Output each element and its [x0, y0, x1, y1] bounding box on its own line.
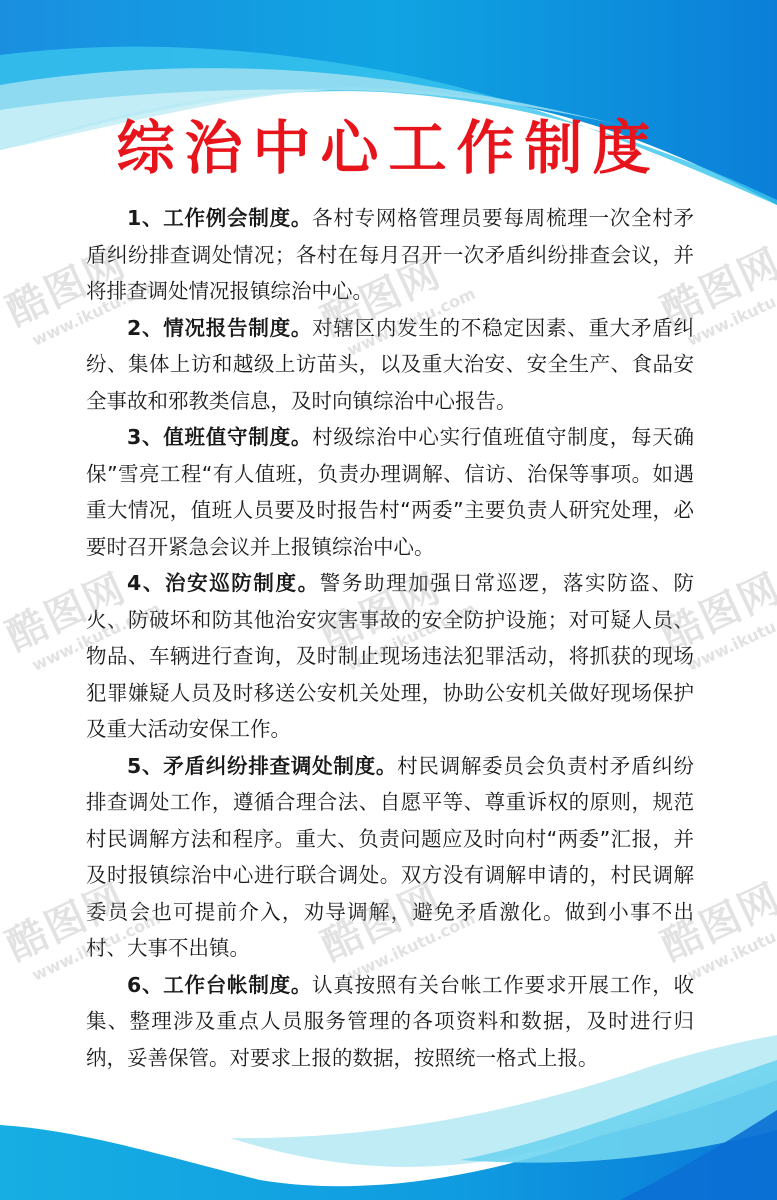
regulation-item-1: 1、工作例会制度。各村专网格管理员要每周梳理一次全村矛盾纠纷排查调处情况；各村在…: [86, 200, 694, 310]
regulation-item-3: 3、值班值守制度。村级综治中心实行值班值守制度，每天确保”雪亮工程“有人值班，负…: [86, 419, 694, 565]
regulation-item-6: 6、工作台帐制度。认真按照有关台帐工作要求开展工作，收集、整理涉及重点人员服务管…: [86, 967, 694, 1077]
regulation-body: 警务助理加强日常巡逻，落实防盗、防火、防破坏和防其他治安灾害事故的安全防护设施；…: [86, 571, 694, 741]
regulation-item-4: 4、治安巡防制度。警务助理加强日常巡逻，落实防盗、防火、防破坏和防其他治安灾害事…: [86, 565, 694, 748]
regulation-heading: 1、工作例会制度。: [127, 206, 312, 230]
regulation-heading: 2、情况报告制度。: [127, 316, 312, 340]
regulation-list: 1、工作例会制度。各村专网格管理员要每周梳理一次全村矛盾纠纷排查调处情况；各村在…: [86, 200, 694, 1076]
regulation-heading: 3、值班值守制度。: [127, 425, 312, 449]
regulation-item-5: 5、矛盾纠纷排查调处制度。村民调解委员会负责村矛盾纠纷排查调处工作，遵循合理合法…: [86, 748, 694, 967]
regulation-body: 村民调解委员会负责村矛盾纠纷排查调处工作，遵循合理合法、自愿平等、尊重诉权的原则…: [86, 754, 694, 961]
regulation-heading: 6、工作台帐制度。: [127, 973, 312, 997]
regulation-item-2: 2、情况报告制度。对辖区内发生的不稳定因素、重大矛盾纠纷、集体上访和越级上访苗头…: [86, 310, 694, 420]
poster-title: 综治中心工作制度: [0, 108, 777, 188]
regulation-heading: 4、治安巡防制度。: [127, 571, 320, 595]
regulation-heading: 5、矛盾纠纷排查调处制度。: [127, 754, 397, 778]
